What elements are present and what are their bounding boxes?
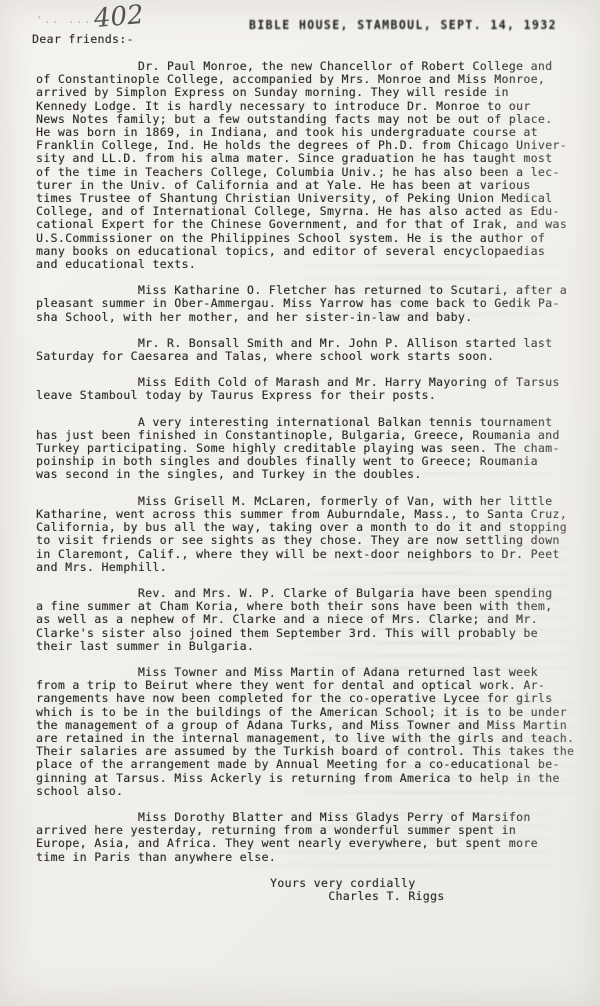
closing-and-signature: Yours very cordially Charles T. Riggs — [270, 877, 586, 903]
paragraph: Miss Grisell M. McLaren, formerly of Van… — [36, 495, 586, 574]
letterhead-dateline: BIBLE HOUSE, STAMBOUL, SEPT. 14, 1932 — [249, 18, 557, 33]
paragraph: Miss Towner and Miss Martin of Adana ret… — [36, 666, 586, 798]
letter-body: Dr. Paul Monroe, the new Chancellor of R… — [36, 60, 586, 903]
paragraph: Dr. Paul Monroe, the new Chancellor of R… — [36, 60, 586, 271]
paragraph: Rev. and Mrs. W. P. Clarke of Bulgaria h… — [36, 587, 586, 653]
letter-page: '.. ... 402 BIBLE HOUSE, STAMBOUL, SEPT.… — [0, 0, 600, 1006]
handwritten-page-number: 402 — [93, 0, 145, 34]
faint-stamp-marks: '.. ... — [36, 14, 92, 27]
paragraph: Miss Edith Cold of Marash and Mr. Harry … — [36, 376, 586, 402]
salutation: Dear friends:- — [32, 33, 134, 46]
paragraph: Miss Katharine O. Fletcher has returned … — [36, 284, 586, 324]
paragraph: Mr. R. Bonsall Smith and Mr. John P. All… — [36, 337, 586, 363]
paragraph: A very interesting international Balkan … — [36, 416, 586, 482]
paragraph: Miss Dorothy Blatter and Miss Gladys Per… — [36, 811, 586, 864]
